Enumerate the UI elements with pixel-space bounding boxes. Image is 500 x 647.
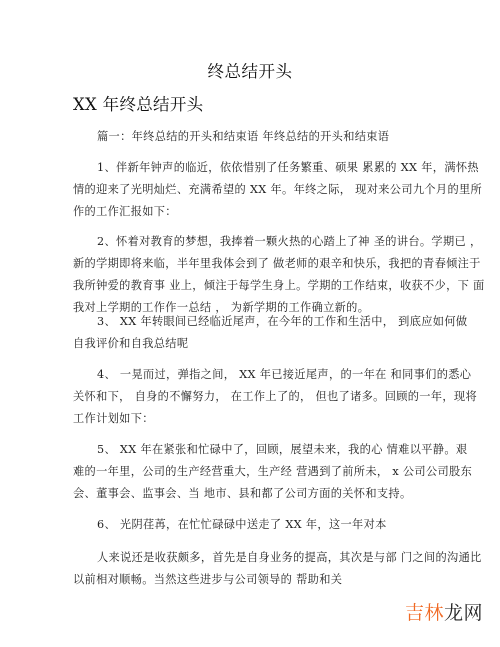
document-page: 终总结开头 XX 年终总结开头 篇一：年终总结的开头和结束语 年终总结的开头和结… bbox=[0, 0, 500, 647]
section-heading: 篇一：年终总结的开头和结束语 年终总结的开头和结束语 bbox=[97, 128, 389, 144]
watermark-part-2: 龙网 bbox=[444, 602, 483, 624]
paragraph-3-line-1: 3、 XX 年转眼间已经临近尾声，在今年的工作和生活中， 到底应如何做 bbox=[97, 313, 467, 329]
document-subtitle: XX 年终总结开头 bbox=[73, 91, 203, 115]
paragraph-2-line-2: 新的学期即将来临，半年里我体会到了 做老师的艰辛和快乐，我把的青春倾注于 bbox=[73, 255, 481, 271]
paragraph-7-line-1: 人来说还是收获颇多，首先是自身业务的提高，其次是与部 门之间的沟通比 bbox=[97, 549, 482, 565]
paragraph-5-line-1: 5、 XX 年在紧张和忙碌中了，回顾，展望未来，我的心 情难以平静。艰 bbox=[97, 441, 467, 457]
paragraph-5-line-2: 难的一年里，公司的生产经营重大，生产经 营遇到了前所未， x 公司公司股东 bbox=[73, 463, 472, 479]
paragraph-4-line-1: 4、 一晃而过，弹指之间， XX 年已接近尾声，的一年在 和同事们的悉心 bbox=[97, 366, 471, 382]
paragraph-1-line-2: 情的迎来了光明灿烂、充满希望的 XX 年。年终之际， 现对来公司九个月的里所 bbox=[73, 181, 482, 197]
watermark-part-1: 吉林 bbox=[405, 602, 444, 624]
watermark-logo: 吉林龙网 bbox=[405, 598, 483, 625]
paragraph-5-line-3: 会、董事会、监事会、当 地市、县和都了公司方面的关怀和支持。 bbox=[73, 485, 412, 501]
paragraph-7-line-2: 以前相对顺畅。当然这些进步与公司领导的 帮助和关 bbox=[73, 571, 342, 587]
paragraph-6-line-1: 6、 光阴荏苒，在忙忙碌碌中送走了 XX 年，这一年对本 bbox=[97, 516, 387, 532]
paragraph-4-line-2: 关怀和下， 自身的不懈努力， 在工作上了的， 但也了诸多。回顾的一年，现将 bbox=[73, 388, 477, 404]
paragraph-2-line-1: 2、怀着对教育的梦想，我捧着一颗火热的心踏上了神 圣的讲台。学期已 ， bbox=[97, 233, 481, 249]
document-title: 终总结开头 bbox=[0, 58, 500, 82]
paragraph-3-line-2: 自我评价和自我总结呢 bbox=[73, 335, 188, 351]
paragraph-1-line-3: 作的工作汇报如下： bbox=[73, 203, 177, 219]
paragraph-4-line-3: 工作计划如下： bbox=[73, 410, 154, 426]
paragraph-1-line-1: 1、伴新年钟声的临近，依依惜别了任务繁重、硕果 累累的 XX 年，满怀热 bbox=[97, 159, 479, 175]
paragraph-2-line-3: 我所钟爱的教育事 业上，倾注于每学生身上。学期的工作结束，收获不少，下 面 bbox=[73, 277, 485, 293]
